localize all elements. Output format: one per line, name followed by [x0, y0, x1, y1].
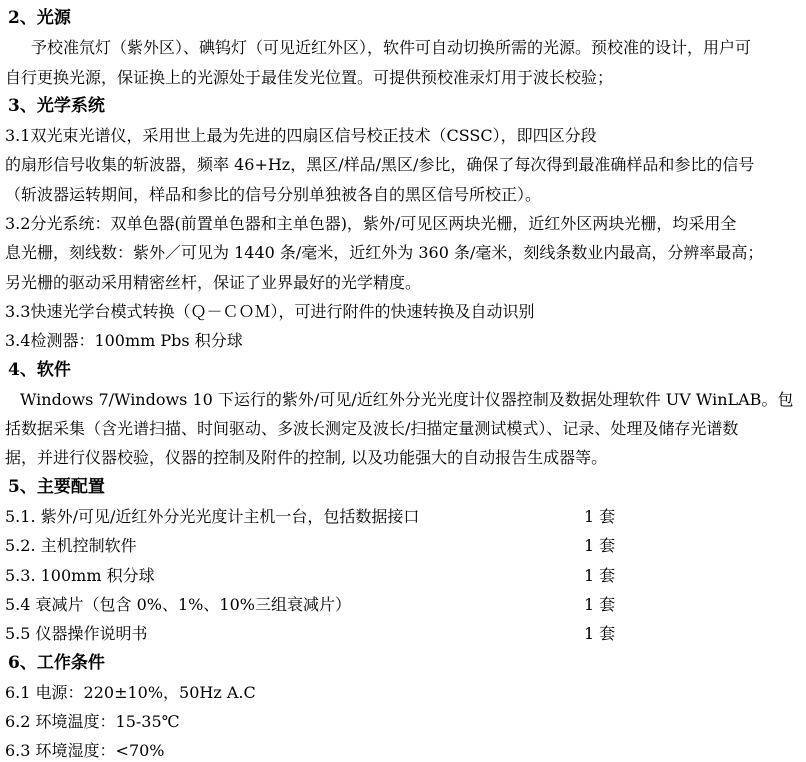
text-line: 括数据采集（含光谱扫描、时间驱动、多波长测定及波长/扫描定量测试模式）、记录、处…	[0, 414, 806, 443]
text-line: 另光栅的驱动采用精密丝杆，保证了业界最好的光学精度。	[0, 268, 806, 297]
config-item-quantity: 1 套	[584, 502, 615, 531]
document-page: 2、光源予校准氘灯（紫外区）、碘钨灯（可见近红外区），软件可自动切换所需的光源。…	[0, 0, 806, 762]
config-item-quantity: 1 套	[584, 619, 615, 648]
config-row: 5.2. 主机控制软件1 套	[0, 531, 806, 560]
config-item-label: 5.2. 主机控制软件	[5, 536, 137, 555]
config-row: 5.4 衰减片（包含 0%、1%、10%三组衰减片）1 套	[0, 590, 806, 619]
config-item-quantity: 1 套	[584, 561, 615, 590]
text-line: 的扇形信号收集的斩波器，频率 46+Hz，黑区/样品/黑区/参比，确保了每次得到…	[0, 150, 806, 179]
text-line: 3.2分光系统：双单色器(前置单色器和主单色器)，紫外/可见区两块光栅，近红外区…	[0, 209, 806, 238]
config-row: 5.3. 100mm 积分球1 套	[0, 561, 806, 590]
section-heading: 2、光源	[0, 4, 806, 33]
text-line: 自行更换光源，保证换上的光源处于最佳发光位置。可提供预校准汞灯用于波长校验；	[0, 63, 806, 92]
section-heading: 3、光学系统	[0, 92, 806, 121]
text-line: 据，并进行仪器校验，仪器的控制及附件的控制, 以及功能强大的自动报告生成器等。	[0, 443, 806, 472]
text-line: 3.3快速光学台模式转换（Ｑ－ＣＯＭ），可进行附件的快速转换及自动识别	[0, 297, 806, 326]
text-line: 予校准氘灯（紫外区）、碘钨灯（可见近红外区），软件可自动切换所需的光源。预校准的…	[0, 33, 806, 62]
config-item-quantity: 1 套	[584, 590, 615, 619]
section-heading: 5、主要配置	[0, 473, 806, 502]
text-line: 3.4检测器：100mm Pbs 积分球	[0, 326, 806, 355]
config-row: 5.5 仪器操作说明书1 套	[0, 619, 806, 648]
config-item-label: 5.5 仪器操作说明书	[5, 624, 148, 643]
text-line: （斩波器运转期间，样品和参比的信号分别单独被各自的黑区信号所校正）。	[0, 180, 806, 209]
text-line: 息光栅，刻线数：紫外／可见为 1440 条/毫米，近红外为 360 条/毫米，刻…	[0, 238, 806, 267]
text-line: 3.1双光束光谱仪，采用世上最为先进的四扇区信号校正技术（CSSC），即四区分段	[0, 121, 806, 150]
document-body: 2、光源予校准氘灯（紫外区）、碘钨灯（可见近红外区），软件可自动切换所需的光源。…	[0, 4, 806, 762]
text-line: 6.1 电源：220±10%，50Hz A.C	[0, 678, 806, 707]
text-line: 6.2 环境温度：15-35℃	[0, 707, 806, 736]
config-item-label: 5.4 衰减片（包含 0%、1%、10%三组衰减片）	[5, 595, 351, 614]
section-heading: 4、软件	[0, 356, 806, 385]
text-line: 6.3 环境湿度：<70%	[0, 736, 806, 762]
config-item-quantity: 1 套	[584, 531, 615, 560]
section-heading: 6、工作条件	[0, 649, 806, 678]
config-item-label: 5.1. 紫外/可见/近红外分光光度计主机一台，包括数据接口	[5, 507, 419, 526]
config-item-label: 5.3. 100mm 积分球	[5, 566, 155, 585]
config-row: 5.1. 紫外/可见/近红外分光光度计主机一台，包括数据接口1 套	[0, 502, 806, 531]
text-line: Windows 7/Windows 10 下运行的紫外/可见/近红外分光光度计仪…	[0, 385, 806, 414]
